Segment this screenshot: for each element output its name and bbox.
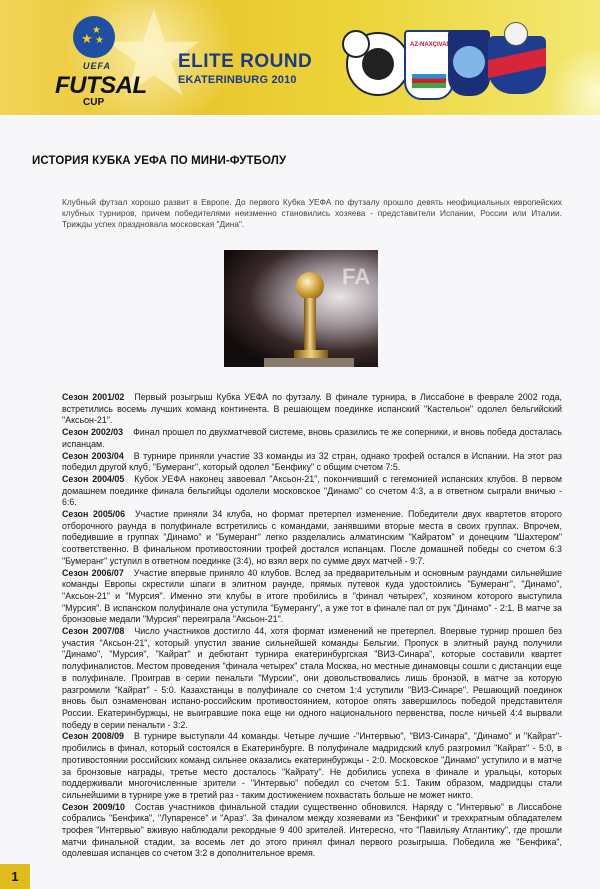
- season-entry: Сезон 2009/10Состав участников финальной…: [62, 802, 562, 861]
- season-label: Сезон 2002/03: [62, 427, 123, 437]
- albatross-badge-icon: [448, 30, 490, 96]
- event-subtitle: EKATERINBURG 2010: [178, 74, 312, 86]
- season-entry: Сезон 2007/08Число участников достигло 4…: [62, 626, 562, 731]
- page-number: 1: [0, 864, 30, 889]
- season-label: Сезон 2008/09: [62, 731, 124, 741]
- viz-sinara-badge-icon: [346, 32, 410, 96]
- season-text: Состав участников финальной стадии сущес…: [62, 802, 562, 859]
- season-entry: Сезон 2002/03Финал прошел по двухматчево…: [62, 427, 562, 450]
- season-entry: Сезон 2006/07Участие впервые приняло 40 …: [62, 568, 562, 627]
- season-entry: Сезон 2004/05Кубок УЕФА наконец завоевал…: [62, 474, 562, 509]
- season-text: Участие приняли 34 клуба, но формат прет…: [62, 509, 562, 566]
- season-text: Финал прошел по двухматчевой системе, вн…: [62, 427, 562, 449]
- season-entry: Сезон 2003/04В турнире приняли участие 3…: [62, 451, 562, 474]
- season-label: Сезон 2006/07: [62, 568, 124, 578]
- season-text: В турнире выступали 44 команды. Четыре л…: [62, 731, 562, 800]
- futsal-ball-stars-icon: ★ ★ ★: [73, 16, 115, 58]
- season-entry: Сезон 2008/09В турнире выступали 44 кома…: [62, 731, 562, 801]
- event-title-block: ELITE ROUND EKATERINBURG 2010: [178, 52, 312, 86]
- trophy-photo: FA: [224, 250, 378, 367]
- season-text: Участие впервые приняло 40 клубов. Вслед…: [62, 568, 562, 625]
- season-label: Сезон 2005/06: [62, 509, 125, 519]
- season-text: Число участников достигло 44, хотя форма…: [62, 626, 562, 730]
- article-title: ИСТОРИЯ КУБКА УЕФА ПО МИНИ-ФУТБОЛУ: [32, 155, 286, 167]
- football-icon: [504, 22, 528, 46]
- season-label: Сезон 2009/10: [62, 802, 125, 812]
- article-intro: Клубный футзал хорошо развит в Европе. Д…: [62, 197, 562, 230]
- trophy-icon: [296, 272, 324, 300]
- logo-cup-text: CUP: [83, 97, 104, 108]
- club-badges: AZ-NAXÇIVAN: [346, 18, 556, 100]
- season-text: В турнире приняли участие 33 команды из …: [62, 451, 562, 473]
- season-label: Сезон 2004/05: [62, 474, 124, 484]
- logo-futsal-text: FUTSAL: [55, 72, 147, 100]
- flag-icon: [412, 74, 446, 88]
- uefa-futsal-cup-logo: ★ ★ ★ UEFA FUTSAL CUP: [55, 14, 145, 109]
- season-entry: Сезон 2005/06Участие приняли 34 клуба, н…: [62, 509, 562, 568]
- season-text: Кубок УЕФА наконец завоевал "Аксьон-21",…: [62, 474, 562, 507]
- season-label: Сезон 2007/08: [62, 626, 124, 636]
- season-label: Сезон 2001/02: [62, 392, 124, 402]
- event-title: ELITE ROUND: [178, 52, 312, 71]
- season-entry: Сезон 2001/02Первый розыгрыш Кубка УЕФА …: [62, 392, 562, 427]
- season-list: Сезон 2001/02Первый розыгрыш Кубка УЕФА …: [62, 392, 562, 860]
- season-text: Первый розыгрыш Кубка УЕФА по футзалу. В…: [62, 392, 562, 425]
- ararat-badge-icon: [488, 36, 546, 94]
- logo-uefa-text: UEFA: [77, 61, 117, 71]
- araz-naxcivan-badge-icon: AZ-NAXÇIVAN: [404, 30, 454, 100]
- season-label: Сезон 2003/04: [62, 451, 124, 461]
- header-banner: ★ ★ ★ ★ UEFA FUTSAL CUP ELITE ROUND EKAT…: [0, 0, 600, 115]
